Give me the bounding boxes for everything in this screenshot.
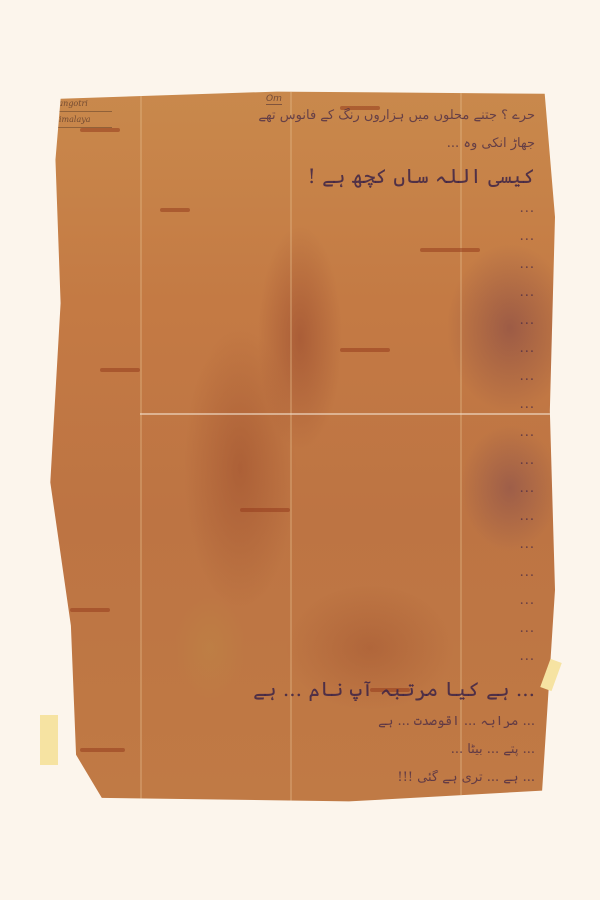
text-line: ...	[100, 621, 535, 636]
text-line: ...	[100, 313, 535, 328]
header-mark: Om	[266, 94, 282, 105]
text-line: ...	[100, 285, 535, 300]
text-line: جھاڑ انکی وہ ...	[100, 136, 535, 151]
text-line: ...	[100, 481, 535, 496]
text-line: ... ہے کیا مرتبہ آپ نام ... ہے	[100, 677, 535, 701]
text-line: ...	[100, 509, 535, 524]
birch-bark-manuscript: Gangotri Himalaya Om حرے ؟ جتنے محلوں می…	[40, 88, 555, 805]
text-line: ...	[100, 593, 535, 608]
text-line: ...	[100, 537, 535, 552]
text-line: ...	[100, 257, 535, 272]
text-line: ...	[100, 397, 535, 412]
text-line: ...	[100, 341, 535, 356]
text-line: ... پتے ... بیٹا ...	[100, 742, 535, 757]
text-line: ...	[100, 453, 535, 468]
text-line: کیسی اللہ ساں کچھ ہے !	[100, 164, 535, 188]
text-line: ...	[100, 369, 535, 384]
handwritten-text: حرے ؟ جتنے محلوں میں ہزاروں رنگ کے فانوس…	[100, 108, 535, 785]
text-line: ... ہے ... تری ہے گئی !!!	[100, 770, 535, 785]
text-line: حرے ؟ جتنے محلوں میں ہزاروں رنگ کے فانوس…	[100, 108, 535, 123]
text-line: ...	[100, 201, 535, 216]
text-line: ... مرابہ ... اقوصدت ... ہے	[100, 714, 535, 729]
text-line: ...	[100, 649, 535, 664]
tape-strip	[40, 715, 58, 765]
text-line: ...	[100, 425, 535, 440]
text-line: ...	[100, 229, 535, 244]
text-line: ...	[100, 565, 535, 580]
